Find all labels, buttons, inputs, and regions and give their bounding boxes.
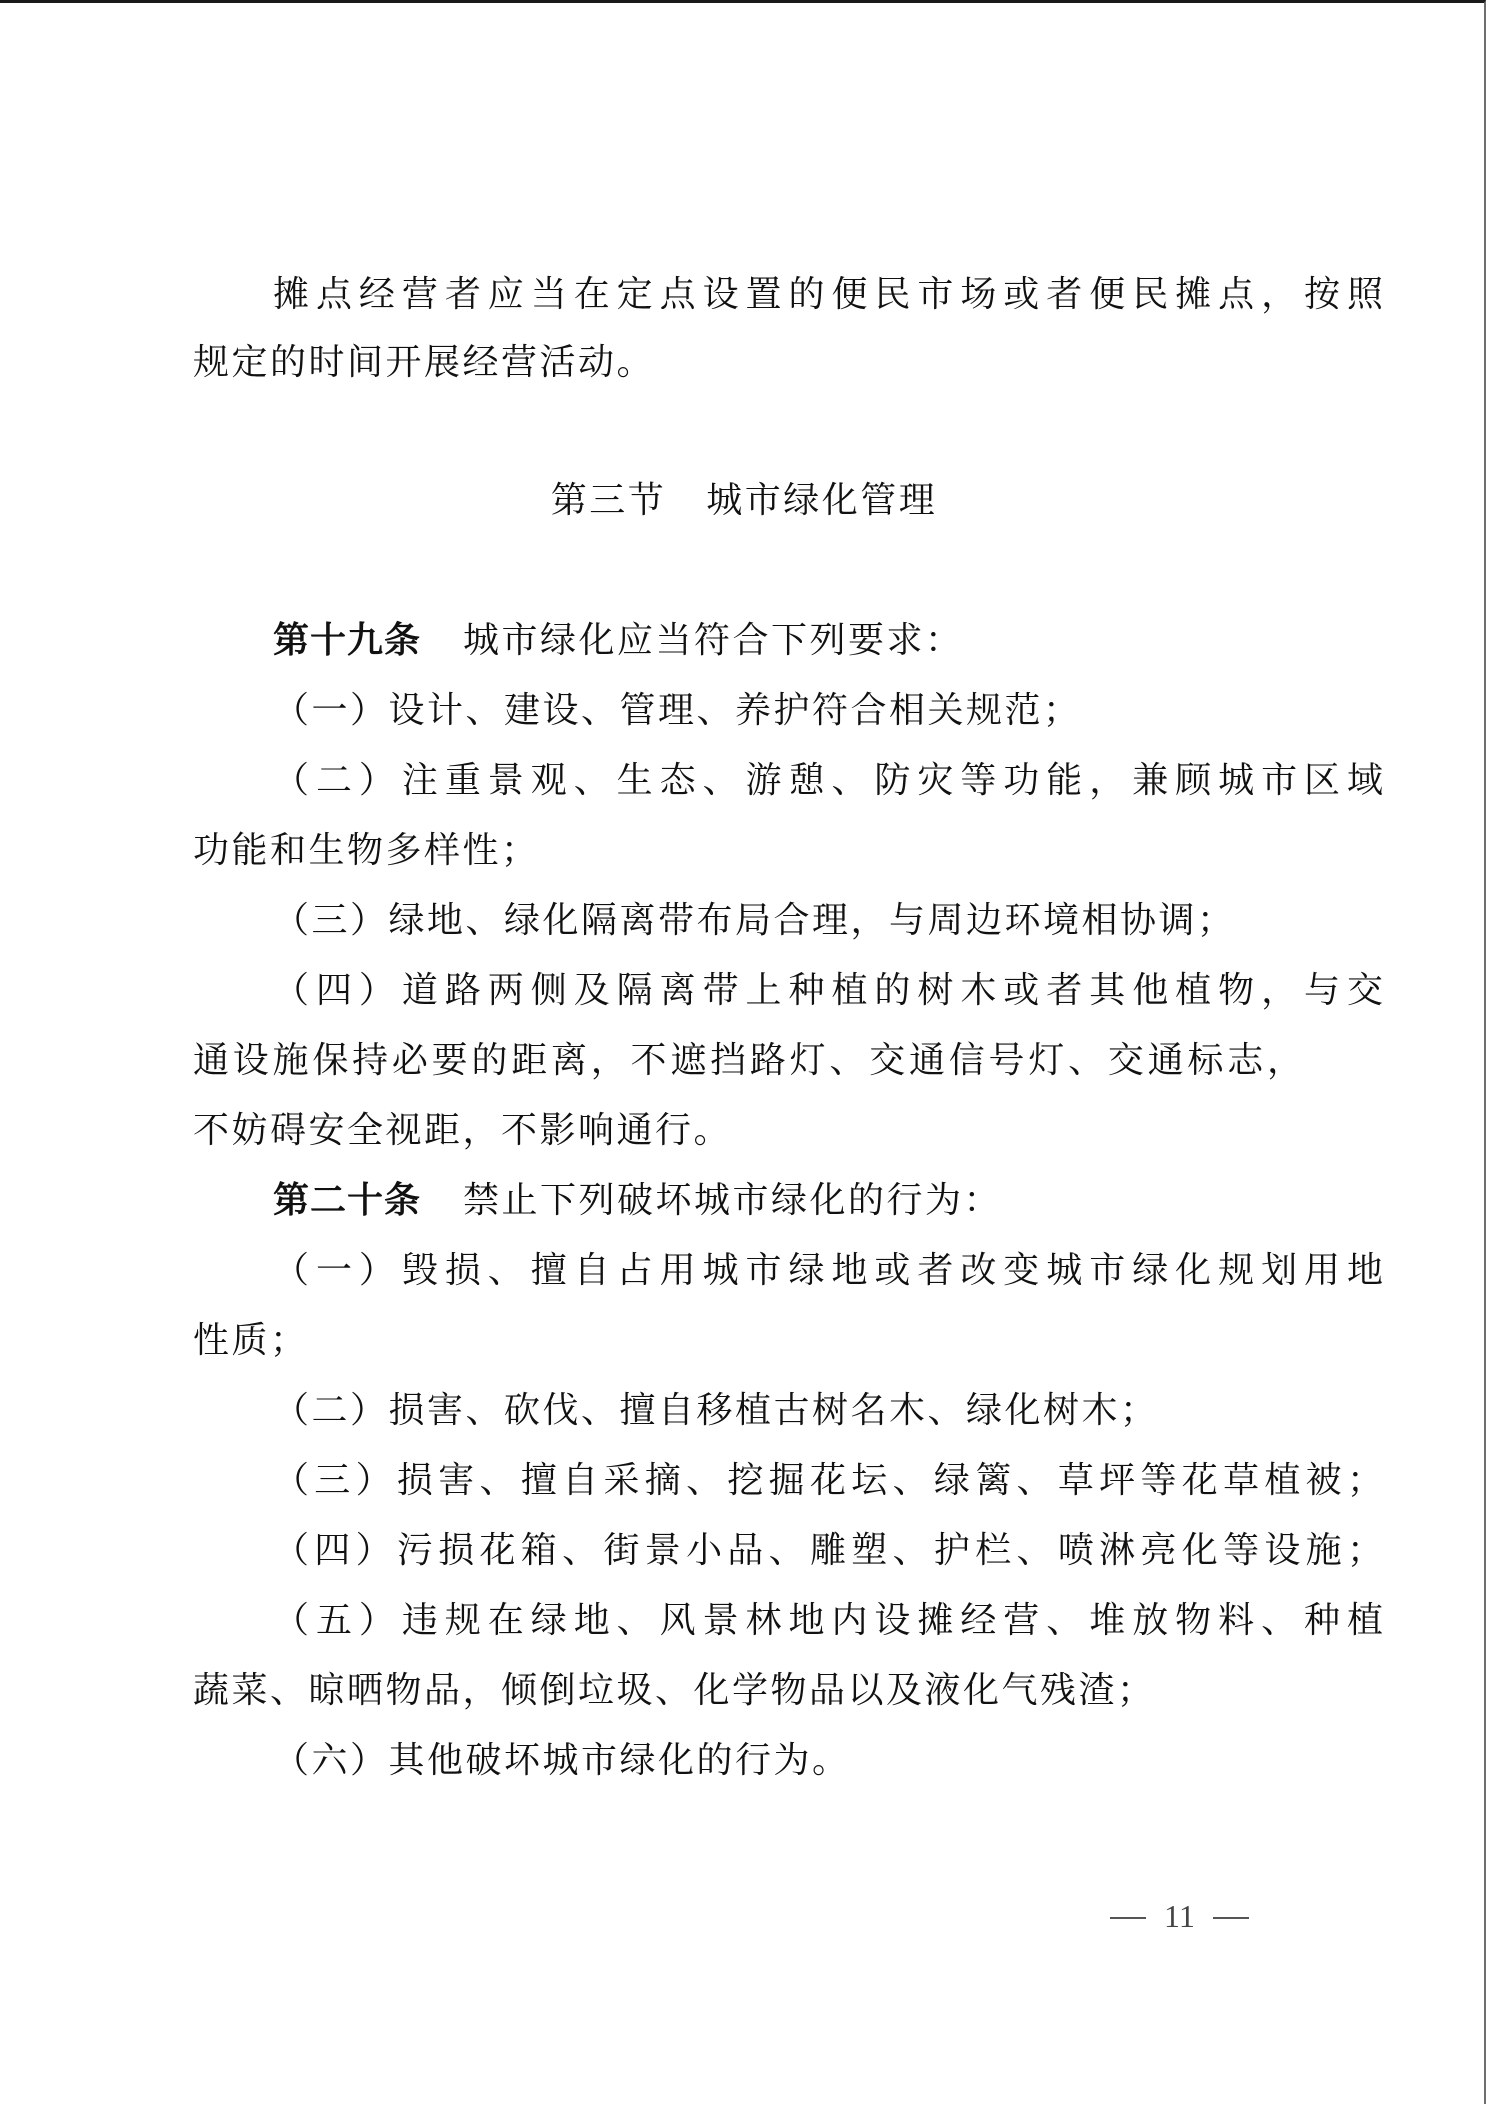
section-number: 第三节	[551, 480, 667, 521]
list-item-continuation: 性质；	[193, 1319, 1303, 1363]
section-heading: 第三节城市绿化管理	[0, 479, 1488, 523]
article-19-heading: 第十九条城市绿化应当符合下列要求：	[273, 619, 1383, 663]
article-label: 第二十条	[273, 1180, 421, 1221]
section-title: 城市绿化管理	[706, 480, 937, 521]
paragraph-line: 摊点经营者应当在定点设置的便民市场或者便民摊点，按照	[273, 273, 1383, 317]
list-item: （四）污损花箱、街景小品、雕塑、护栏、喷淋亮化等设施；	[273, 1529, 1383, 1573]
list-item: （一）设计、建设、管理、养护符合相关规范；	[273, 689, 1383, 733]
dash-left-icon	[1110, 1917, 1146, 1919]
list-item-continuation: 蔬菜、晾晒物品，倾倒垃圾、化学物品以及液化气残渣；	[193, 1669, 1303, 1713]
page-number-value: 11	[1164, 1896, 1195, 1936]
list-item: （二）损害、砍伐、擅自移植古树名木、绿化树木；	[273, 1389, 1383, 1433]
paragraph-line: 规定的时间开展经营活动。	[193, 341, 1303, 385]
article-20-heading: 第二十条禁止下列破坏城市绿化的行为：	[273, 1179, 1383, 1223]
dash-right-icon	[1213, 1917, 1249, 1919]
list-item: （六）其他破坏城市绿化的行为。	[273, 1739, 1383, 1783]
document-page: 摊点经营者应当在定点设置的便民市场或者便民摊点，按照 规定的时间开展经营活动。 …	[0, 0, 1486, 2104]
article-label: 第十九条	[273, 620, 421, 661]
article-intro: 城市绿化应当符合下列要求：	[463, 620, 964, 661]
list-item: （三）绿地、绿化隔离带布局合理，与周边环境相协调；	[273, 899, 1383, 943]
list-item-continuation: 不妨碍安全视距，不影响通行。	[193, 1109, 1303, 1153]
list-item: （一）毁损、擅自占用城市绿地或者改变城市绿化规划用地	[273, 1249, 1383, 1293]
article-intro: 禁止下列破坏城市绿化的行为：	[463, 1180, 1002, 1221]
page-number: 11	[1110, 1896, 1249, 1936]
list-item: （三）损害、擅自采摘、挖掘花坛、绿篱、草坪等花草植被；	[273, 1459, 1383, 1503]
list-item-continuation: 功能和生物多样性；	[193, 829, 1303, 873]
list-item: （二）注重景观、生态、游憩、防灾等功能，兼顾城市区域	[273, 759, 1383, 803]
list-item: （四）道路两侧及隔离带上种植的树木或者其他植物，与交	[273, 969, 1383, 1013]
list-item-continuation: 通设施保持必要的距离，不遮挡路灯、交通信号灯、交通标志，	[193, 1039, 1303, 1083]
list-item: （五）违规在绿地、风景林地内设摊经营、堆放物料、种植	[273, 1599, 1383, 1643]
